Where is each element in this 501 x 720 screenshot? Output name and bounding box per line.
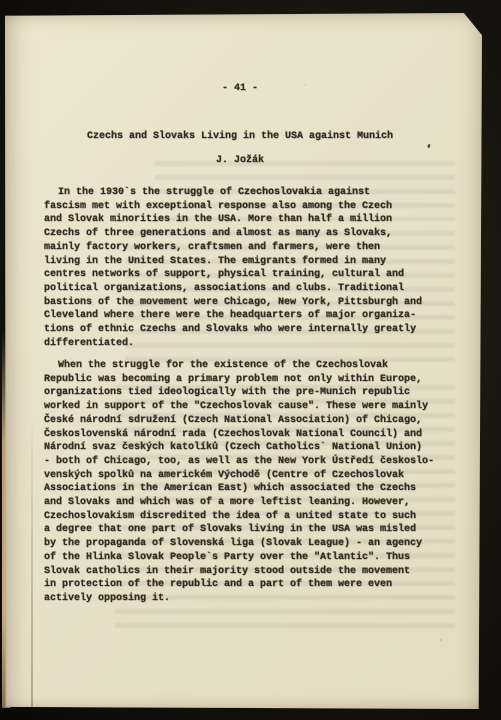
paragraph-1: In the 1930`s the struggle of Czechoslov…	[44, 186, 440, 350]
scanned-photo-backdrop: - 41 - Czechs and Slovaks Living in the …	[0, 0, 501, 720]
author-name: J. Jožák	[44, 155, 436, 166]
article-title: Czechs and Slovaks Living in the USA aga…	[44, 131, 436, 142]
ink-speck	[428, 144, 431, 148]
page-number: - 41 -	[44, 83, 436, 94]
scanned-page: - 41 - Czechs and Slovaks Living in the …	[5, 13, 482, 709]
binding-crease	[31, 413, 33, 709]
paragraph-2: When the struggle for the existence of t…	[44, 359, 440, 606]
